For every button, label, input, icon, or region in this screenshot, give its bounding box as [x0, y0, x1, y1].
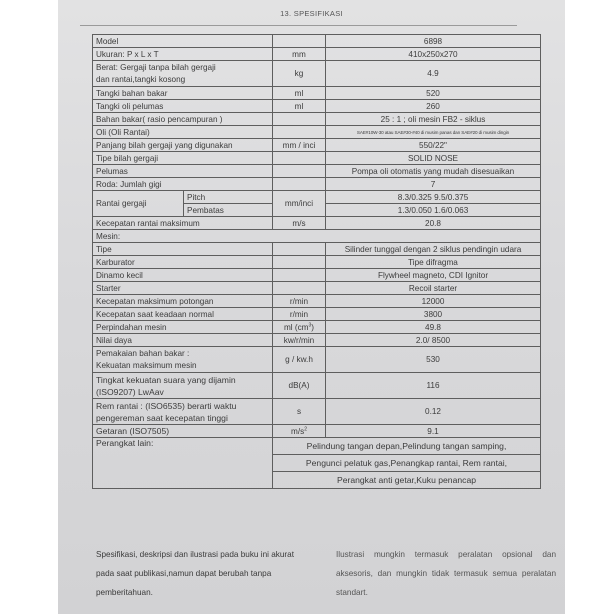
table-row: Roda: Jumlah gigi 7	[93, 178, 541, 191]
spec-value: Pompa oli otomatis yang mudah disesuaika…	[326, 165, 541, 178]
table-row: Tingkat kekuatan suara yang dijamin(ISO9…	[93, 373, 541, 399]
spec-value: 20.8	[326, 217, 541, 230]
spec-label: Bahan bakar( rasio pencampuran )	[93, 113, 273, 126]
table-row: Nilai daya kw/r/min 2.0/ 8500	[93, 334, 541, 347]
spec-value: 530	[326, 347, 541, 373]
table-row: Kecepatan maksimum potongan r/min 12000	[93, 295, 541, 308]
label-line: (ISO9207) LwAav	[96, 387, 164, 397]
spec-value: 2.0/ 8500	[326, 334, 541, 347]
spec-value: 8.3/0.325 9.5/0.375	[326, 191, 541, 204]
spec-value: 260	[326, 100, 541, 113]
spec-unit	[273, 178, 326, 191]
spec-value: Perangkat anti getar,Kuku penancap	[273, 472, 541, 489]
spec-value: SAE#10W-30 atau SAE#30-#40 di musim pana…	[326, 126, 541, 139]
spec-unit	[273, 35, 326, 48]
manual-page: 13. SPESIFIKASI Model 6898 Ukuran: P x L…	[58, 0, 565, 614]
spec-value: 520	[326, 87, 541, 100]
spec-unit: r/min	[273, 295, 326, 308]
spec-value: Flywheel magneto, CDI Ignitor	[326, 269, 541, 282]
spec-unit	[273, 243, 326, 256]
section-title: 13. SPESIFIKASI	[58, 9, 565, 18]
table-row: Karburator Tipe difragma	[93, 256, 541, 269]
table-row: Tangki bahan bakar ml 520	[93, 87, 541, 100]
spec-value: Tipe difragma	[326, 256, 541, 269]
table-row: Pemakaian bahan bakar :Kekuatan maksimum…	[93, 347, 541, 373]
label-line: Rem rantai : (ISO6535) berarti waktu	[96, 401, 236, 411]
spec-value: Pengunci pelatuk gas,Penangkap rantai, R…	[273, 455, 541, 472]
spec-unit: r/min	[273, 308, 326, 321]
spec-label: Starter	[93, 282, 273, 295]
spec-label: Tingkat kekuatan suara yang dijamin(ISO9…	[93, 373, 273, 399]
spec-unit: dB(A)	[273, 373, 326, 399]
spec-value: 6898	[326, 35, 541, 48]
spec-sublabel: Pitch	[184, 191, 273, 204]
spec-value: Pelindung tangan depan,Pelindung tangan …	[273, 438, 541, 455]
spec-label: Berat: Gergaji tanpa bilah gergajidan ra…	[93, 61, 273, 87]
table-row: Kecepatan rantai maksimum m/s 20.8	[93, 217, 541, 230]
spec-label: Pelumas	[93, 165, 273, 178]
spec-value: 49.8	[326, 321, 541, 334]
spec-value: 116	[326, 373, 541, 399]
table-row: Mesin:	[93, 230, 541, 243]
spec-unit: mm / inci	[273, 139, 326, 152]
spec-unit	[273, 152, 326, 165]
spec-value: 12000	[326, 295, 541, 308]
table-row: Starter Recoil starter	[93, 282, 541, 295]
label-line: dan rantai,tangki kosong	[96, 75, 185, 84]
specification-table: Model 6898 Ukuran: P x L x T mm 410x250x…	[92, 34, 541, 489]
spec-label: Panjang bilah gergaji yang digunakan	[93, 139, 273, 152]
spec-label: Nilai daya	[93, 334, 273, 347]
table-row: Tipe Silinder tunggal dengan 2 siklus pe…	[93, 243, 541, 256]
spec-value: 3800	[326, 308, 541, 321]
label-line: Kekuatan maksimum mesin	[96, 361, 197, 370]
spec-unit	[273, 256, 326, 269]
table-row: Berat: Gergaji tanpa bilah gergajidan ra…	[93, 61, 541, 87]
spec-label: Perangkat lain:	[93, 438, 273, 489]
table-row: Model 6898	[93, 35, 541, 48]
table-row: Tangki oli pelumas ml 260	[93, 100, 541, 113]
spec-value: Silinder tunggal dengan 2 siklus pending…	[326, 243, 541, 256]
unit-superscript: 2	[304, 426, 307, 432]
label-line: Berat: Gergaji tanpa bilah gergaji	[96, 63, 216, 72]
spec-label: Tangki oli pelumas	[93, 100, 273, 113]
table-row: Pelumas Pompa oli otomatis yang mudah di…	[93, 165, 541, 178]
spec-label: Roda: Jumlah gigi	[93, 178, 273, 191]
spec-value: 410x250x270	[326, 48, 541, 61]
spec-label: Rantai gergaji	[93, 191, 184, 217]
spec-unit: kw/r/min	[273, 334, 326, 347]
spec-value: 9.1	[326, 425, 541, 438]
spec-unit: mm/inci	[273, 191, 326, 217]
spec-unit: ml	[273, 87, 326, 100]
spec-label: Tipe	[93, 243, 273, 256]
spec-unit	[273, 126, 326, 139]
spec-label: Tipe bilah gergaji	[93, 152, 273, 165]
spec-unit: kg	[273, 61, 326, 87]
spec-value: SOLID NOSE	[326, 152, 541, 165]
unit-text: )	[311, 323, 314, 332]
table-row: Panjang bilah gergaji yang digunakan mm …	[93, 139, 541, 152]
spec-value: 1.3/0.050 1.6/0.063	[326, 204, 541, 217]
spec-label: Pemakaian bahan bakar :Kekuatan maksimum…	[93, 347, 273, 373]
spec-label: Kecepatan rantai maksimum	[93, 217, 273, 230]
spec-unit: ml	[273, 100, 326, 113]
label-line: pengereman saat kecepatan tinggi	[96, 413, 228, 423]
section-header-mesin: Mesin:	[93, 230, 541, 243]
table-row: Dinamo kecil Flywheel magneto, CDI Ignit…	[93, 269, 541, 282]
spec-unit	[273, 269, 326, 282]
spec-unit: g / kw.h	[273, 347, 326, 373]
spec-unit: s	[273, 399, 326, 425]
footer-note-left: Spesifikasi, deskripsi dan ilustrasi pad…	[96, 545, 311, 602]
table-row: Rantai gergaji Pitch mm/inci 8.3/0.325 9…	[93, 191, 541, 204]
spec-unit: ml (cm3)	[273, 321, 326, 334]
label-line: Tingkat kekuatan suara yang dijamin	[96, 375, 236, 385]
table-row: Bahan bakar( rasio pencampuran ) 25 : 1 …	[93, 113, 541, 126]
unit-text: m/s	[291, 427, 304, 436]
spec-unit: m/s2	[273, 425, 326, 438]
spec-value: 7	[326, 178, 541, 191]
table-row: Perangkat lain: Pelindung tangan depan,P…	[93, 438, 541, 455]
spec-value: 550/22"	[326, 139, 541, 152]
spec-label: Kecepatan maksimum potongan	[93, 295, 273, 308]
spec-value: 0.12	[326, 399, 541, 425]
table-row: Getaran (ISO7505) m/s2 9.1	[93, 425, 541, 438]
footer-note-right: Ilustrasi mungkin termasuk peralatan ops…	[336, 545, 556, 602]
table-row: Tipe bilah gergaji SOLID NOSE	[93, 152, 541, 165]
spec-label: Dinamo kecil	[93, 269, 273, 282]
spec-value: Recoil starter	[326, 282, 541, 295]
spec-label: Perpindahan mesin	[93, 321, 273, 334]
spec-value: 4.9	[326, 61, 541, 87]
spec-label: Karburator	[93, 256, 273, 269]
table-row: Ukuran: P x L x T mm 410x250x270	[93, 48, 541, 61]
spec-label: Rem rantai : (ISO6535) berarti waktupeng…	[93, 399, 273, 425]
table-row: Kecepatan saat keadaan normal r/min 3800	[93, 308, 541, 321]
spec-unit: m/s	[273, 217, 326, 230]
spec-label: Getaran (ISO7505)	[93, 425, 273, 438]
spec-value: 25 : 1 ; oli mesin FB2 - siklus	[326, 113, 541, 126]
spec-unit	[273, 113, 326, 126]
spec-unit	[273, 165, 326, 178]
unit-text: ml (cm	[284, 323, 309, 332]
spec-label: Kecepatan saat keadaan normal	[93, 308, 273, 321]
spec-label: Tangki bahan bakar	[93, 87, 273, 100]
spec-label: Ukuran: P x L x T	[93, 48, 273, 61]
spec-sublabel: Pembatas	[184, 204, 273, 217]
spec-unit: mm	[273, 48, 326, 61]
table-row: Rem rantai : (ISO6535) berarti waktupeng…	[93, 399, 541, 425]
label-line: Pemakaian bahan bakar :	[96, 349, 189, 358]
table-row: Oli (Oli Rantai) SAE#10W-30 atau SAE#30-…	[93, 126, 541, 139]
spec-label: Model	[93, 35, 273, 48]
title-divider	[80, 25, 517, 26]
spec-label: Oli (Oli Rantai)	[93, 126, 273, 139]
table-row: Perpindahan mesin ml (cm3) 49.8	[93, 321, 541, 334]
spec-unit	[273, 282, 326, 295]
